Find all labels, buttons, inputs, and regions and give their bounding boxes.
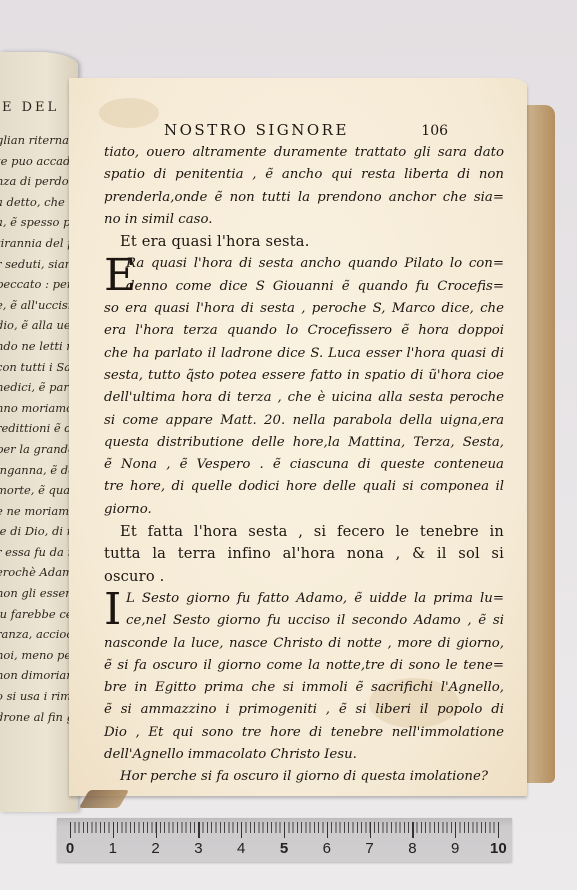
ruler-label: 1	[105, 840, 121, 857]
ruler-major-tick	[455, 822, 456, 838]
text-line: tiato, ouero altramente duramente tratta…	[104, 142, 504, 164]
text-line: dell'ultima hora di terza , che è uicina…	[104, 387, 504, 409]
left-page-line: non gli essendo pre	[0, 583, 78, 604]
text-line: era l'hora terza quando lo Crocefissero …	[104, 320, 504, 342]
ruler-major-tick	[241, 822, 242, 838]
left-page-line: a detto, che non baeria	[0, 192, 78, 213]
text-line: prenderla,onde ẽ non tutti la prendono a…	[104, 187, 504, 209]
ruler-major-tick	[370, 822, 371, 838]
text-line: Ra quasi l'hora di sesta ancho quando Pi…	[104, 253, 504, 275]
text-line: oscuro .	[104, 566, 504, 588]
left-page-line: per la grandezza fo	[0, 439, 78, 460]
left-page-line: dio, ẽ alla uendetta,	[0, 315, 78, 336]
text-line: L Sesto giorno fu fatto Adamo, ẽ uidde l…	[104, 588, 504, 610]
left-page-line: nno moriamo per dis	[0, 398, 78, 419]
right-page: NOSTRO SIGNORE 106 tiato, ouero altramen…	[69, 78, 527, 796]
ruler-label: 5	[276, 840, 292, 857]
text-line: Dio , Et qui sono tre hore di tenebre ne…	[104, 722, 504, 744]
ruler-major-tick	[70, 822, 71, 838]
ruler-label: 8	[404, 840, 420, 857]
left-page-text: glian riternare, ẽ rivte puo accader che…	[0, 130, 78, 727]
left-page: E DEL glian riternare, ẽ rivte puo accad…	[0, 52, 78, 812]
text-line: Hor perche si fa oscuro il giorno di que…	[104, 766, 504, 788]
text-line: denno come dice S Giouanni ẽ quando fu C…	[104, 276, 504, 298]
ruler-label: 9	[447, 840, 463, 857]
ruler-label: 10	[490, 840, 506, 857]
text-line: so era quasi l'hora di sesta , peroche S…	[104, 298, 504, 320]
text-line: no in simil caso.	[104, 209, 504, 231]
text-line: questa distributione delle hore,la Matti…	[104, 432, 504, 454]
left-page-line: r seduti, siamo in peri	[0, 254, 78, 275]
ruler-major-tick	[412, 822, 413, 838]
left-page-line: inganna, ẽ delegg	[0, 460, 78, 481]
left-page-running-head: E DEL	[2, 100, 59, 115]
left-page-line: tirannia del peccato	[0, 233, 78, 254]
text-line: giorno.	[104, 499, 504, 521]
left-page-line: erochè Adamo fosse	[0, 562, 78, 583]
left-page-line: nedici, ẽ parenti	[0, 377, 78, 398]
text-line: spatio di penitentia , ẽ ancho qui resta…	[104, 164, 504, 186]
left-page-line: nza di perdono si rima	[0, 171, 78, 192]
scale-ruler: 012345678910	[57, 818, 512, 862]
text-line: si come appare Matt. 20. nella parabola …	[104, 410, 504, 432]
left-page-line: peccato : perche alo	[0, 274, 78, 295]
ruler-label: 2	[148, 840, 164, 857]
text-line: ẽ Nona , ẽ Vespero . ẽ ciascuna di quest…	[104, 454, 504, 476]
left-page-line: a, ẽ spesso possiamo cu	[0, 212, 78, 233]
left-page-line: glian riternare, ẽ riv	[0, 130, 78, 151]
left-page-line: te puo accader che l'ol	[0, 151, 78, 172]
text-line: sesta, tutto q̃sto potea essere fatto in…	[104, 365, 504, 387]
text-line: tutta la terra infino al'hora nona , & i…	[104, 543, 504, 565]
left-page-line: e, ẽ all'uccisioni, ad	[0, 295, 78, 316]
text-line: bre in Egitto prima che si immoli ẽ sacr…	[104, 677, 504, 699]
section-heading: Et fatta l'hora sesta , si fecero le ten…	[104, 521, 504, 543]
ruler-label: 4	[233, 840, 249, 857]
text-line: ce,nel Sesto giorno fu ucciso il secondo…	[104, 610, 504, 632]
ruler-major-tick	[327, 822, 328, 838]
left-page-line: ie di Dio, di morte	[0, 521, 78, 542]
ruler-label: 6	[319, 840, 335, 857]
section-heading: Et era quasi l'hora sesta.	[104, 231, 504, 253]
page-number: 106	[421, 123, 448, 139]
page-body-text: tiato, ouero altramente duramente tratta…	[104, 142, 504, 789]
left-page-line: morte, ẽ quando	[0, 480, 78, 501]
drop-cap: E	[104, 256, 136, 296]
left-page-line: iu farebbe cessata	[0, 604, 78, 625]
left-page-line: ndo ne letti nostri ma	[0, 336, 78, 357]
text-line: che ha parlato il ladrone dice S. Luca e…	[104, 343, 504, 365]
text-line: ẽ si fa oscuro il giorno come la notte,t…	[104, 655, 504, 677]
text-line: nasconde la luce, nasce Christo di notte…	[104, 633, 504, 655]
left-page-line: non dimoriamo, ma	[0, 665, 78, 686]
ruler-major-tick	[113, 822, 114, 838]
left-page-line: con tutti i Sacrame	[0, 357, 78, 378]
drop-cap: I	[104, 590, 121, 630]
running-head-title: NOSTRO SIGNORE	[164, 121, 414, 139]
left-page-line: redittioni ẽ di Mole	[0, 418, 78, 439]
left-page-line: noi, meno perche	[0, 645, 78, 666]
ruler-major-tick	[156, 822, 157, 838]
ruler-label: 0	[62, 840, 78, 857]
left-page-line: o si usa i rimedij di	[0, 686, 78, 707]
ruler-major-tick	[198, 822, 199, 838]
text-line: dell'Agnello immacolato Christo Iesu.	[104, 744, 504, 766]
ruler-label: 3	[190, 840, 206, 857]
running-head: NOSTRO SIGNORE 106	[164, 121, 504, 139]
foxing-stain	[99, 98, 159, 128]
left-page-line: drone al fin gual	[0, 707, 78, 728]
ruler-major-tick	[498, 822, 499, 838]
ruler-label: 7	[362, 840, 378, 857]
left-page-line: e ne moriamo, fid	[0, 501, 78, 522]
left-page-line: ranza, accioche	[0, 624, 78, 645]
left-page-line: r essa fu da non dar	[0, 542, 78, 563]
text-line: tre hore, di quelle dodici hore delle qu…	[104, 476, 504, 498]
ruler-major-tick	[284, 822, 285, 838]
bookmark-ribbon	[79, 790, 129, 808]
text-line: ẽ si ammazzino i primogeniti , ẽ si libe…	[104, 699, 504, 721]
